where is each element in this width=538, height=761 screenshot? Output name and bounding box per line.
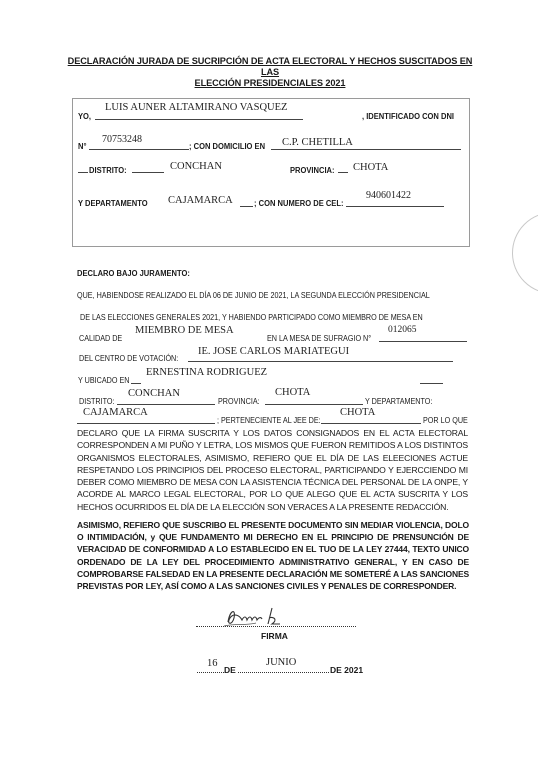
distrito-field[interactable]: CONCHAN	[170, 161, 222, 172]
month-line	[238, 672, 329, 673]
signature-label: FIRMA	[261, 631, 288, 641]
jee-field[interactable]: CHOTA	[340, 407, 375, 418]
domicilio-field-line	[271, 149, 461, 150]
name-field[interactable]: LUIS AUNER ALTAMIRANO VASQUEZ	[105, 102, 287, 113]
declaration-body: DECLARO QUE LA FIRMA SUSCRITA Y LOS DATO…	[77, 427, 468, 513]
distrito-pre-line	[78, 172, 88, 173]
ubicado-field-line	[420, 383, 443, 384]
dni-label: , IDENTIFICADO CON DNI	[362, 111, 454, 121]
n-label: N°	[78, 141, 86, 151]
departamento2-field[interactable]: CAJAMARCA	[83, 407, 148, 418]
departamento2-field-line	[77, 423, 215, 424]
provincia2-field-line	[265, 404, 363, 405]
declaration-line-2: DE LAS ELECCIONES GENERALES 2021, Y HABI…	[80, 312, 423, 322]
distrito2-label: DISTRITO:	[79, 396, 114, 406]
departamento-field-line	[240, 206, 253, 207]
departamento-field[interactable]: CAJAMARCA	[168, 195, 233, 206]
centro-field[interactable]: IE. JOSE CARLOS MARIATEGUI	[198, 346, 349, 357]
provincia-pre-line	[338, 172, 348, 173]
provincia2-label: PROVINCIA:	[218, 396, 260, 406]
ubicado-pre-line	[131, 383, 141, 384]
declaration-line-1: QUE, HABIENDOSE REALIZADO EL DÍA 06 DE J…	[77, 290, 430, 300]
year-label: DE 2021	[330, 665, 363, 675]
name-field-line	[95, 119, 303, 120]
ubicado-label: Y UBICADO EN	[78, 375, 130, 385]
departamento-label: Y DEPARTAMENTO	[78, 198, 148, 208]
calidad-field[interactable]: MIEMBRO DE MESA	[135, 325, 234, 336]
departamento2-label: Y DEPARTAMENTO:	[365, 396, 432, 406]
scan-arc-artifact	[512, 212, 538, 294]
yo-label: YO,	[78, 111, 91, 121]
cel-field[interactable]: 940601422	[366, 190, 411, 201]
provincia2-field[interactable]: CHOTA	[275, 387, 310, 398]
jee-field-line	[321, 423, 421, 424]
mesa-label: EN LA MESA DE SUFRAGIO N°	[267, 333, 371, 343]
provincia-label: PROVINCIA:	[290, 165, 335, 175]
declaration-heading: DECLARO BAJO JURAMENTO:	[77, 268, 190, 278]
day-line	[197, 672, 224, 673]
signature-line	[196, 626, 356, 627]
mesa-field-line	[379, 341, 467, 342]
month-field[interactable]: JUNIO	[266, 657, 296, 668]
dni-field[interactable]: 70753248	[102, 134, 142, 145]
mesa-field[interactable]: 012065	[388, 325, 417, 335]
domicilio-field[interactable]: C.P. CHETILLA	[282, 137, 353, 148]
provincia-field[interactable]: CHOTA	[353, 162, 388, 173]
cel-label: ; CON NUMERO DE CEL:	[254, 198, 343, 208]
title-line-1: DECLARACIÓN JURADA DE SUCRIPCIÓN DE ACTA…	[60, 56, 480, 78]
distrito-label: DISTRITO:	[89, 165, 127, 175]
distrito2-field-line	[117, 404, 215, 405]
centro-field-line	[188, 361, 453, 362]
legal-statement: ASIMISMO, REFIERO QUE SUSCRIBO EL PRESEN…	[77, 519, 469, 592]
cel-field-line	[346, 206, 444, 207]
de-label: DE	[224, 665, 236, 675]
distrito-field-line	[132, 172, 164, 173]
distrito2-field[interactable]: CONCHAN	[128, 388, 180, 399]
calidad-label: CALIDAD DE	[79, 333, 122, 343]
declaration-body-text: DECLARO QUE LA FIRMA SUSCRITA Y LOS DATO…	[77, 427, 468, 513]
jee-label: ; PERTENECIENTE AL JEE DE:	[217, 415, 321, 425]
dni-field-line	[89, 149, 189, 150]
title-line-2: ELECCIÓN PRESIDENCIALES 2021	[60, 78, 480, 89]
document-title: DECLARACIÓN JURADA DE SUCRIPCIÓN DE ACTA…	[60, 56, 480, 89]
domicilio-label: ; CON DOMICILIO EN	[189, 141, 265, 151]
por-lo-que-label: POR LO QUE	[423, 415, 468, 425]
ubicado-field[interactable]: ERNESTINA RODRIGUEZ	[146, 367, 267, 378]
centro-label: DEL CENTRO DE VOTACIÓN:	[79, 353, 178, 363]
day-field[interactable]: 16	[207, 658, 218, 669]
